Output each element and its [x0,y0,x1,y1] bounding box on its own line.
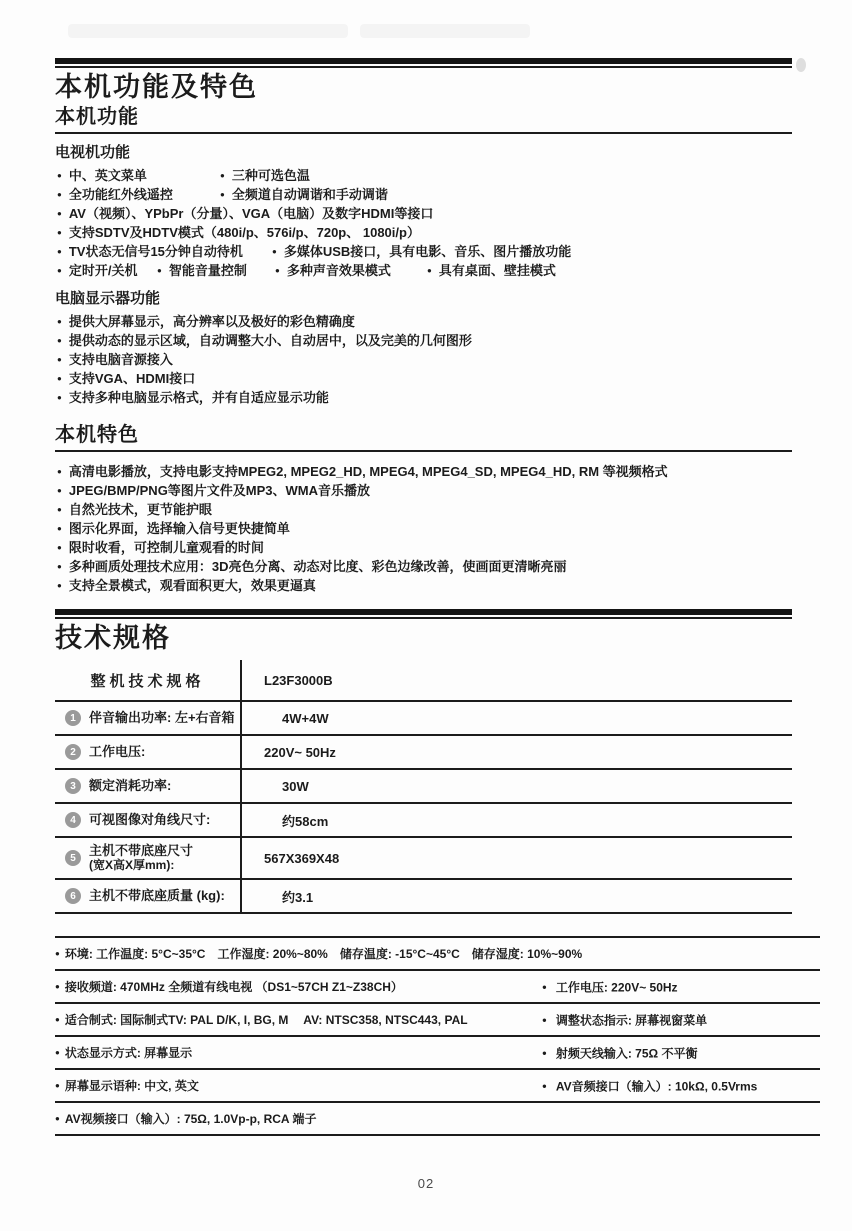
bullet-row: 支持电脑音源接入 [55,350,792,369]
row-number-badge: 3 [65,778,81,794]
bullet-item: 高清电影播放，支持电影支持MPEG2, MPEG2_HD, MPEG4, MPE… [55,462,668,481]
spec-value: 30W [242,779,792,794]
bullet-item: 支持VGA、HDMI接口 [55,369,195,388]
spec-list-item: 工作电压: 220V~ 50Hz [542,978,678,995]
section-heading-functions: 本机功能 [55,105,792,134]
bullet-row: 提供动态的显示区域，自动调整大小、自动居中，以及完美的几何图形 [55,331,792,350]
group-heading-tv: 电视机功能 [55,144,792,162]
section-heading-specs: 技术规格 [55,623,792,654]
bullet-item: 限时收看，可控制儿童观看的时间 [55,538,264,557]
spec-list: 环境: 工作温度: 5°C~35°C 工作湿度: 20%~80% 储存温度: -… [55,936,820,1136]
spec-label-cell: 1 伴音输出功率: 左+右音箱 [55,702,242,734]
bullet-item: TV状态无信号15分钟自动待机 [55,242,270,261]
spec-label: 伴音输出功率: 左+右音箱 [89,711,235,725]
top-divider-line [55,66,792,68]
bullet-row: 多种画质处理技术应用：3D亮色分离、动态对比度、彩色边缘改善，使画面更清晰亮丽 [55,557,792,576]
spec-list-row: 接收频道: 470MHz 全频道有线电视 （DS1~57CH Z1~Z38CH）… [55,969,820,1002]
spec-list-item: 调整状态指示: 屏幕视窗菜单 [542,1011,707,1028]
spec-table-header-value-cell: L23F3000B [242,673,792,688]
spec-label-cell: 2 工作电压: [55,736,242,768]
spec-list-row: 适合制式: 国际制式TV: PAL D/K, I, BG, M AV: NTSC… [55,1002,820,1035]
bullet-row: 支持多种电脑显示格式，并有自适应显示功能 [55,388,792,407]
bullet-row: AV（视频）、YPbPr（分量）、VGA（电脑）及数字HDMI等接口 [55,204,792,223]
row-number-badge: 4 [65,812,81,828]
bullet-item: 多种声音效果模式 [273,261,425,280]
group-heading-pc: 电脑显示器功能 [55,290,792,308]
spec-list-item: 射频天线输入: 75Ω 不平衡 [542,1044,697,1061]
spec-list-item: 状态显示方式: 屏幕显示 [55,1044,192,1061]
bullet-item: 自然光技术，更节能护眼 [55,500,212,519]
bullet-item: 全频道自动调谐和手动调谐 [218,185,388,204]
page-title: 本机功能及特色 [55,72,792,103]
specs-divider-bar [55,609,792,615]
scan-ghost-artifact [796,58,806,72]
bullet-row: 提供大屏幕显示，高分辨率以及极好的彩色精确度 [55,312,792,331]
spec-label: 主机不带底座质量 (kg): [89,889,225,903]
section-heading-features: 本机特色 [55,423,792,452]
spec-value: 约3.1 [242,887,792,906]
spec-label-cell: 5 主机不带底座尺寸(宽X高X厚mm): [55,838,242,878]
spec-list-item: AV视频接口（输入）: 75Ω, 1.0Vp-p, RCA 端子 [55,1110,317,1127]
spec-list-row: 状态显示方式: 屏幕显示 射频天线输入: 75Ω 不平衡 [55,1035,820,1068]
bullet-row: TV状态无信号15分钟自动待机 多媒体USB接口，具有电影、音乐、图片播放功能 [55,242,792,261]
bullet-item: 多媒体USB接口，具有电影、音乐、图片播放功能 [270,242,571,261]
spec-value: 567X369X48 [242,851,792,866]
bullet-item: 全功能红外线遥控 [55,185,218,204]
bullet-item: 定时开/关机 [55,261,155,280]
spec-list-item: 环境: 工作温度: 5°C~35°C 工作湿度: 20%~80% 储存温度: -… [55,945,582,962]
top-divider-bar [55,58,792,64]
page-number: 02 [0,1176,852,1191]
bullet-item: 图示化界面，选择输入信号更快捷简单 [55,519,290,538]
spec-list-item: 屏幕显示语种: 中文, 英文 [55,1077,199,1094]
spec-table-row: 1 伴音输出功率: 左+右音箱 4W+4W [55,700,792,734]
specs-divider-line [55,617,792,619]
spec-list-row: AV视频接口（输入）: 75Ω, 1.0Vp-p, RCA 端子 [55,1101,820,1136]
bullet-item: 提供大屏幕显示，高分辨率以及极好的彩色精确度 [55,312,355,331]
spec-label: 主机不带底座尺寸(宽X高X厚mm): [89,844,193,872]
bullet-item: 具有桌面、壁挂模式 [425,261,556,280]
bullet-item: 中、英文菜单 [55,166,218,185]
spec-table-header-row: 整机技术规格 L23F3000B [55,660,792,700]
spec-table-row: 6 主机不带底座质量 (kg): 约3.1 [55,878,792,912]
spec-label: 可视图像对角线尺寸: [89,813,210,827]
bullet-row: 中、英文菜单 三种可选色温 [55,166,792,185]
spec-value: 220V~ 50Hz [242,745,792,760]
spec-list-item: 接收频道: 470MHz 全频道有线电视 （DS1~57CH Z1~Z38CH） [55,978,403,995]
bullet-item: 支持SDTV及HDTV模式（480i/p、576i/p、720p、 1080i/… [55,223,420,242]
spec-value: 约58cm [242,811,792,830]
bullet-item: AV（视频）、YPbPr（分量）、VGA（电脑）及数字HDMI等接口 [55,204,433,223]
row-number-badge: 5 [65,850,81,866]
spec-table: 整机技术规格 L23F3000B 1 伴音输出功率: 左+右音箱 4W+4W 2… [55,660,792,914]
bullet-row: 限时收看，可控制儿童观看的时间 [55,538,792,557]
spec-table-row: 3 额定消耗功率: 30W [55,768,792,802]
row-number-badge: 6 [65,888,81,904]
spec-table-header-label: 整机技术规格 [90,670,204,691]
spec-label: 额定消耗功率: [89,779,171,793]
bullet-row: 图示化界面，选择输入信号更快捷简单 [55,519,792,538]
spec-label: 工作电压: [89,745,145,759]
bullet-item: 三种可选色温 [218,166,310,185]
bullet-row: 自然光技术，更节能护眼 [55,500,792,519]
manual-page: 本机功能及特色 本机功能 电视机功能 中、英文菜单 三种可选色温 全功能红外线遥… [0,0,852,1231]
spec-table-row: 4 可视图像对角线尺寸: 约58cm [55,802,792,836]
spec-value: 4W+4W [242,711,792,726]
spec-list-row: 环境: 工作温度: 5°C~35°C 工作湿度: 20%~80% 储存温度: -… [55,936,820,969]
bullet-row: 支持全景模式，观看面积更大，效果更逼真 [55,576,792,595]
bullet-row: JPEG/BMP/PNG等图片文件及MP3、WMA音乐播放 [55,481,792,500]
page-content: 本机功能及特色 本机功能 电视机功能 中、英文菜单 三种可选色温 全功能红外线遥… [55,58,792,1136]
bullet-row: 支持SDTV及HDTV模式（480i/p、576i/p、720p、 1080i/… [55,223,792,242]
spec-list-item: AV音频接口（输入）: 10kΩ, 0.5Vrms [542,1077,757,1094]
row-number-badge: 1 [65,710,81,726]
bullet-item: JPEG/BMP/PNG等图片文件及MP3、WMA音乐播放 [55,481,370,500]
spec-label-cell: 6 主机不带底座质量 (kg): [55,880,242,912]
bullet-item: 支持全景模式，观看面积更大，效果更逼真 [55,576,316,595]
row-number-badge: 2 [65,744,81,760]
spec-list-row: 屏幕显示语种: 中文, 英文 AV音频接口（输入）: 10kΩ, 0.5Vrms [55,1068,820,1101]
scan-ghost-artifact [68,24,348,38]
spec-table-row: 5 主机不带底座尺寸(宽X高X厚mm): 567X369X48 [55,836,792,878]
bullet-item: 多种画质处理技术应用：3D亮色分离、动态对比度、彩色边缘改善，使画面更清晰亮丽 [55,557,566,576]
bullet-row: 高清电影播放，支持电影支持MPEG2, MPEG2_HD, MPEG4, MPE… [55,462,792,481]
spec-label-cell: 4 可视图像对角线尺寸: [55,804,242,836]
bullet-item: 智能音量控制 [155,261,273,280]
bullet-row: 全功能红外线遥控 全频道自动调谐和手动调谐 [55,185,792,204]
spec-label-cell: 3 额定消耗功率: [55,770,242,802]
spec-table-row: 2 工作电压: 220V~ 50Hz [55,734,792,768]
spec-list-item: 适合制式: 国际制式TV: PAL D/K, I, BG, M AV: NTSC… [55,1011,468,1028]
bullet-item: 支持多种电脑显示格式，并有自适应显示功能 [55,388,329,407]
scan-ghost-artifact [360,24,530,38]
bullet-row: 定时开/关机 智能音量控制 多种声音效果模式 具有桌面、壁挂模式 [55,261,792,280]
spec-table-header-label-cell: 整机技术规格 [55,660,242,700]
bullet-row: 支持VGA、HDMI接口 [55,369,792,388]
bullet-item: 支持电脑音源接入 [55,350,173,369]
bullet-item: 提供动态的显示区域，自动调整大小、自动居中，以及完美的几何图形 [55,331,472,350]
